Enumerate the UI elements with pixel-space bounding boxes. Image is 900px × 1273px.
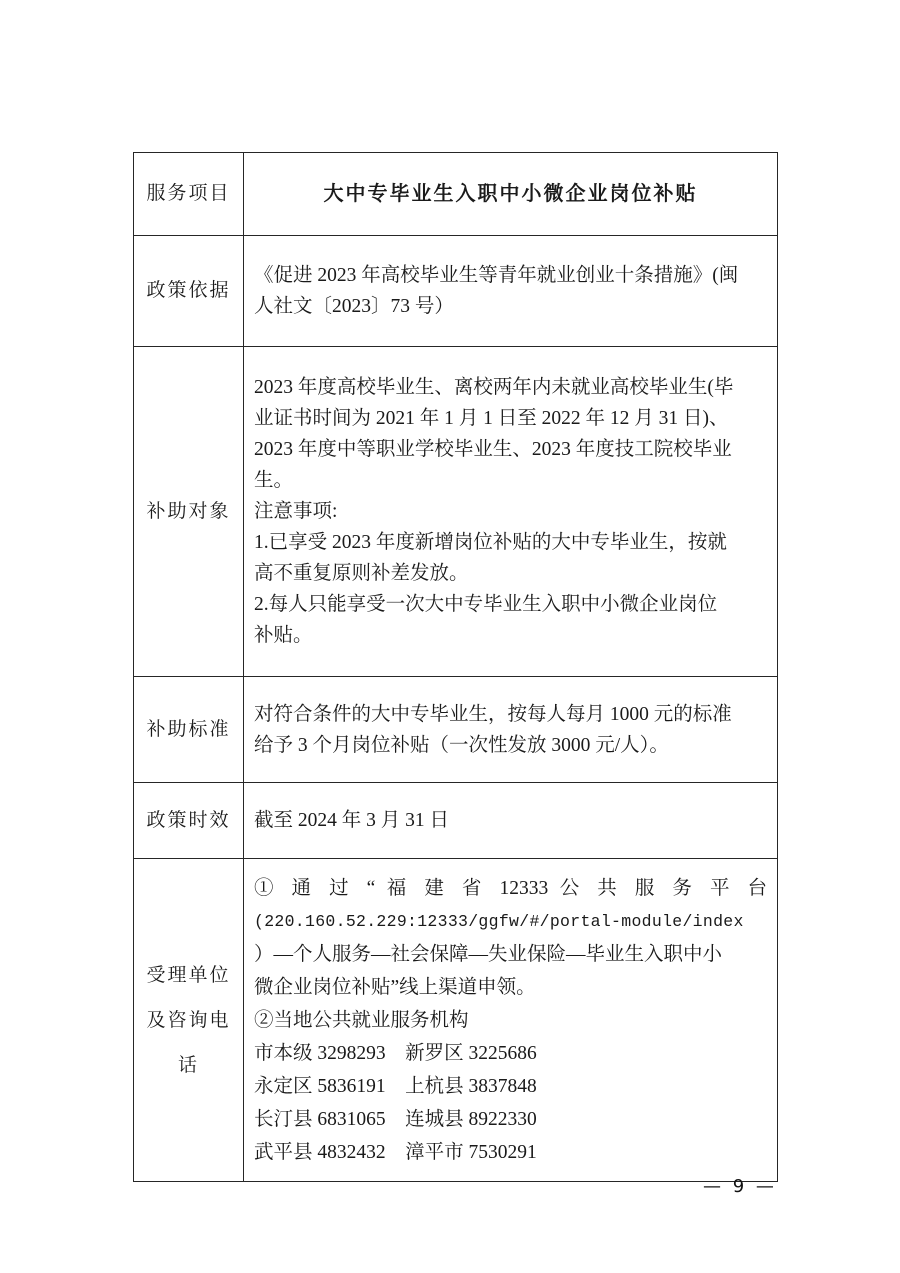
text-line: 《促进 2023 年高校毕业生等青年就业创业十条措施》(闽 xyxy=(254,260,767,291)
subsidy-target-text: 2023 年度高校毕业生、离校两年内未就业高校毕业生(毕业证书时间为 2021 … xyxy=(244,347,778,677)
phone-line: 武平县 4832432 漳平市 7530291 xyxy=(254,1136,767,1169)
phone-line: 永定区 5836191 上杭县 3837848 xyxy=(254,1070,767,1103)
table-row-policy-basis: 政策依据 《促进 2023 年高校毕业生等青年就业创业十条措施》(闽人社文〔20… xyxy=(134,236,778,347)
table-row-service-item: 服务项目 大中专毕业生入职中小微企业岗位补贴 xyxy=(134,153,778,236)
table-row-subsidy-target: 补助对象 2023 年度高校毕业生、离校两年内未就业高校毕业生(毕业证书时间为 … xyxy=(134,347,778,677)
table-row-acceptance-unit: 受理单位及咨询电话 ① 通 过 “ 福 建 省 12333 公 共 服 务 平 … xyxy=(134,859,778,1182)
online-channel-line: ① 通 过 “ 福 建 省 12333 公 共 服 务 平 台 xyxy=(254,872,767,905)
row-label-policy-basis: 政策依据 xyxy=(134,236,244,347)
text-line: 2023 年度高校毕业生、离校两年内未就业高校毕业生(毕 xyxy=(254,372,767,403)
policy-basis-text: 《促进 2023 年高校毕业生等青年就业创业十条措施》(闽人社文〔2023〕73… xyxy=(244,236,778,347)
text-line: 业证书时间为 2021 年 1 月 1 日至 2022 年 12 月 31 日)… xyxy=(254,403,767,434)
text-line: 对符合条件的大中专毕业生，按每人每月 1000 元的标准 xyxy=(254,699,767,730)
local-agency-line: ②当地公共就业服务机构 xyxy=(254,1004,767,1037)
row-label-service-item: 服务项目 xyxy=(134,153,244,236)
service-item-title: 大中专毕业生入职中小微企业岗位补贴 xyxy=(244,153,778,236)
text-line: 生。 xyxy=(254,465,767,496)
text-line: 给予 3 个月岗位补贴（一次性发放 3000 元/人）。 xyxy=(254,730,767,761)
table-row-subsidy-standard: 补助标准 对符合条件的大中专毕业生，按每人每月 1000 元的标准给予 3 个月… xyxy=(134,677,778,783)
text-line: 1.已享受 2023 年度新增岗位补贴的大中专毕业生，按就 xyxy=(254,527,767,558)
subsidy-standard-text: 对符合条件的大中专毕业生，按每人每月 1000 元的标准给予 3 个月岗位补贴（… xyxy=(244,677,778,783)
online-channel-path-end: 微企业岗位补贴”线上渠道申领。 xyxy=(254,971,767,1004)
phone-list: 市本级 3298293 新罗区 3225686永定区 5836191 上杭县 3… xyxy=(254,1037,767,1169)
text-line: 2.每人只能享受一次大中专毕业生入职中小微企业岗位 xyxy=(254,589,767,620)
text-line: 补贴。 xyxy=(254,620,767,651)
text-line: 高不重复原则补差发放。 xyxy=(254,558,767,589)
service-platform-url: (220.160.52.229:12333/ggfw/#/portal-modu… xyxy=(254,905,767,938)
text-line: 注意事项: xyxy=(254,496,767,527)
phone-line: 市本级 3298293 新罗区 3225686 xyxy=(254,1037,767,1070)
acceptance-unit-text: ① 通 过 “ 福 建 省 12333 公 共 服 务 平 台 (220.160… xyxy=(244,859,778,1182)
phone-line: 长汀县 6831065 连城县 8922330 xyxy=(254,1103,767,1136)
text-line: 人社文〔2023〕73 号） xyxy=(254,291,767,322)
online-channel-path: ）—个人服务—社会保障—失业保险—毕业生入职中小 xyxy=(254,938,767,971)
row-label-acceptance-unit: 受理单位及咨询电话 xyxy=(134,859,244,1182)
policy-service-table: 服务项目 大中专毕业生入职中小微企业岗位补贴 政策依据 《促进 2023 年高校… xyxy=(133,152,778,1182)
row-label-policy-validity: 政策时效 xyxy=(134,783,244,859)
table-row-policy-validity: 政策时效 截至 2024 年 3 月 31 日 xyxy=(134,783,778,859)
page-number: — 9 — xyxy=(703,1176,777,1197)
text-line: 2023 年度中等职业学校毕业生、2023 年度技工院校毕业 xyxy=(254,434,767,465)
row-label-subsidy-target: 补助对象 xyxy=(134,347,244,677)
policy-validity-text: 截至 2024 年 3 月 31 日 xyxy=(244,783,778,859)
row-label-subsidy-standard: 补助标准 xyxy=(134,677,244,783)
